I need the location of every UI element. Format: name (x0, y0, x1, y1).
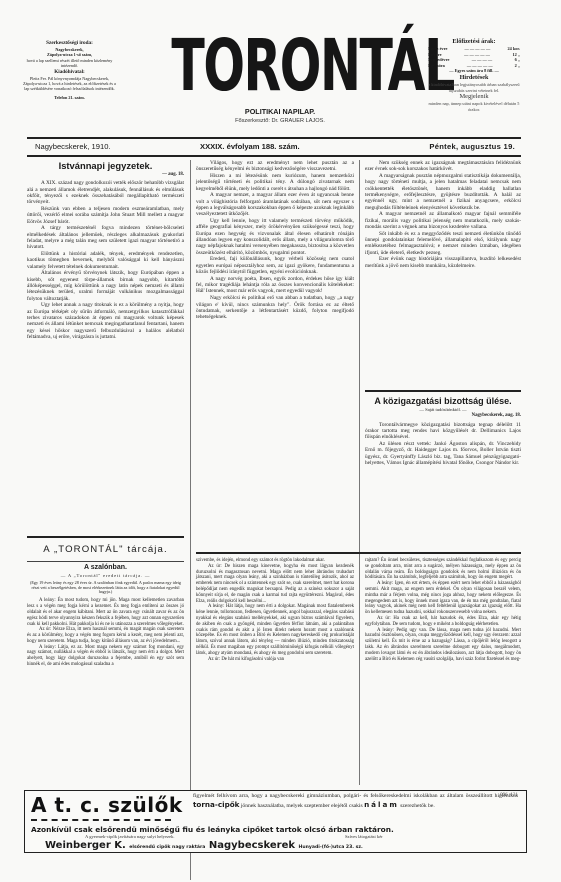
ad-code: 096 -131 (500, 793, 518, 798)
article-dateline: Nagybecskerek, aug. 18. (365, 413, 521, 419)
article-dateline: — aug. 18. (27, 172, 184, 178)
editorial-office-box: Szerkesztőségi iroda: Nagybecskerek, Záp… (22, 40, 117, 100)
dialogue-paragraph: A leány: Látja, ez az. Most maga nekem e… (27, 645, 184, 668)
publisher-note: Pleitz Fer. Pál könyvnyomdája Nagybecske… (22, 76, 117, 92)
subscription-box: Előfizetési árak: Egész évre — — — — — 2… (428, 38, 520, 112)
paragraph: A nagy norvég poéta, Ibsen, egyik zordon… (196, 276, 354, 295)
divider (27, 137, 521, 139)
ad-body: figyelmét felhívom arra, hogy a nagybecs… (193, 793, 518, 811)
ad-body-text: szerezhetők be. (400, 803, 434, 809)
issue-date: Péntek, augusztus 19. (429, 142, 515, 151)
feuilleton-intro: (Egy 19 éves leány és egy 28 éves úr. A … (27, 581, 184, 596)
ad-product: torna-cipők (193, 800, 239, 809)
newspaper-title: TORONTÁL (171, 26, 394, 108)
paragraph: A tárgy természeténél fogva mindezen tör… (27, 225, 184, 250)
column-divider (190, 160, 191, 880)
paragraph: Torontálvármegye közigazgatási bizottság… (365, 422, 521, 441)
dialogue-paragraph: Az úr: De hát mi kifogásolni valója van (196, 657, 354, 663)
dialogue-paragraph: Az úr: Nézze Elza, itt nem használ semmi… (27, 627, 184, 644)
ad-stock-line: Azonkívül csak elsőrendü minőségű fiu és… (31, 825, 526, 834)
paragraph: Ugy kell lennie, hogy itt valamely termé… (196, 218, 354, 256)
paragraph: A magyarságnak pusztán népmozgalmi stati… (365, 173, 521, 211)
ads-heading: Hirdetések (428, 74, 520, 82)
article-column-1: Istvánnapi jegyzetek. — aug. 18. A XIX. … (27, 160, 184, 341)
divider (27, 155, 521, 157)
ad-merchant-line: Weinberger K. elsőrendű cipők nagy raktá… (45, 840, 525, 851)
paragraph: Eredeti, faji különállásunk, hogy vérbel… (196, 256, 354, 275)
paragraph: Ugy lehet annak a nagy titoknak is ez a … (27, 302, 184, 340)
feuilleton-column-3: rajtam? Én önnel becsületes, tisztessége… (365, 558, 521, 662)
feuilleton-title: A szalónban. (27, 565, 184, 571)
column-divider (359, 160, 360, 785)
paragraph: Ezer évünk nagy históriájára visszapilla… (365, 256, 521, 269)
paragraph: Előttünk a históriai adalék, tények, ere… (27, 251, 184, 270)
paragraph: Hiszen a mi létezésünk nem kuriózum, han… (196, 173, 354, 192)
subscription-heading: Előfizetési árak: (428, 38, 520, 46)
article-column-3: Nem szükség ennek az igazságnak megtámas… (365, 160, 521, 270)
paragraph: Részünk van ebben a teljesen modern eszm… (27, 206, 184, 225)
feuilleton-column-2: szivembe, és idején, elmond egy számot é… (196, 558, 354, 662)
feuilleton-column-1: A szalónban. — A „Torontál" eredeti tárc… (27, 565, 184, 668)
divider (365, 390, 521, 392)
dialogue-paragraph: A leány: Pedig ugy van. De lássa, maga n… (365, 628, 521, 663)
newspaper-page: Szerkesztőségi iroda: Nagybecskerek, Záp… (0, 0, 561, 882)
paragraph: Általános érvényű törvénynek látszik, ho… (27, 270, 184, 301)
article-title: A közigazgatási bizottság ülése. (365, 395, 521, 407)
price-value: 2 „ (515, 63, 520, 69)
place-year: Nagybecskerek, 1910. (35, 142, 111, 151)
dialogue-paragraph: rajtam? Én önnel becsületes, tisztessége… (365, 558, 521, 581)
ad-address: Hunyadi-(fő-)utca 23. sz. (299, 845, 363, 850)
paragraph: Az ülésen részt vettek: Jankó Ágoston al… (365, 441, 521, 466)
admin-committee-article: A közigazgatási bizottság ülése. — Saját… (365, 395, 521, 467)
ads-note: a kiadóhivatalban legjutányosabb árban s… (428, 82, 520, 93)
article-title: Istvánnapi jegyzetek. (27, 160, 184, 172)
dialogue-paragraph: Az úr: De hiszen maga kinevetne, hogyha … (196, 564, 354, 605)
divider (27, 561, 184, 562)
ad-headline: A t. c. szülők (31, 793, 183, 817)
ad-merchant-desc: elsőrendű cipők nagy raktára (129, 845, 205, 850)
ad-emphasis: nálam (364, 800, 399, 809)
divider (196, 552, 521, 554)
ad-repair-note: A gyermek-cipők javítására nagy sulyt he… (85, 834, 175, 839)
ad-visit-note: Szíves látogatást kér (345, 834, 383, 839)
article-column-2: Világos, hogy ezt az eredményt nem lehet… (196, 160, 354, 321)
phone-number: Telefon 21. szám. (22, 95, 117, 100)
paragraph: A XIX. század nagy gondolkozói vették el… (27, 180, 184, 205)
ad-dashed-rule (31, 819, 171, 822)
paragraph: A magyar nemzetnél az államalkotó magyar… (365, 211, 521, 230)
volume-issue: XXXIX. évfolyam 188. szám. (200, 142, 300, 151)
ad-city: Nagybecskerek (209, 840, 295, 851)
paragraph: Nagy erkölcsi és politikai erő van abban… (196, 295, 354, 320)
shoe-advertisement: A t. c. szülők figyelmét felhívom arra, … (24, 790, 527, 853)
paragraph: Sőt inkább és ez a meggyőződés teszi nem… (365, 231, 521, 256)
editorial-office-note: hová a lap szellemi részét illető minden… (22, 58, 117, 69)
dateline: Nagybecskerek, 1910. XXXIX. évfolyam 188… (35, 142, 515, 154)
paragraph: Nem szükség ennek az igazságnak megtámas… (365, 160, 521, 173)
ad-body-text: figyelmét felhívom arra, hogy a nagybecs… (193, 793, 518, 799)
feuilleton-subtitle: — A „Torontál" eredeti tárcája. — (27, 573, 184, 579)
feuilleton-banner: A „TORONTÁL" tárcája. (27, 544, 184, 555)
appears-note: minden nap, ünnep utáni napok kivételéve… (428, 101, 520, 112)
dialogue-paragraph: A leány: Hát látja, hogy nem érti a dolg… (196, 604, 354, 656)
newspaper-subtitle: POLITIKAI NAPILAP. (200, 107, 360, 116)
editorial-office-heading: Szerkesztőségi iroda: (22, 40, 117, 47)
paragraph: A magyar nemzet, a magyar állam ezer éve… (196, 192, 354, 217)
appears-heading: Megjelenik (428, 93, 520, 101)
paragraph: Világos, hogy ezt az eredményt nem lehet… (196, 160, 354, 173)
dialogue-paragraph: A leány: Igen, én ezt értem, és éppen ez… (365, 581, 521, 616)
dialogue-paragraph: A leány: Én most tudom, hogy mi jön. Mag… (27, 598, 184, 627)
dialogue-paragraph: Az úr: Ha csak az kell, hát hazudok én, … (365, 616, 521, 628)
ad-body-text: jönnek használatba, melyek szeptember el… (241, 803, 363, 809)
editor-in-chief: Főszerkesztő: Dr. GRAUER LAJOS. (200, 118, 360, 124)
publisher-heading: Kiadóhivatal: (22, 69, 117, 76)
ad-merchant-name: Weinberger K. (45, 840, 126, 851)
divider (27, 536, 184, 538)
price-label: Egy hóra (428, 63, 445, 69)
